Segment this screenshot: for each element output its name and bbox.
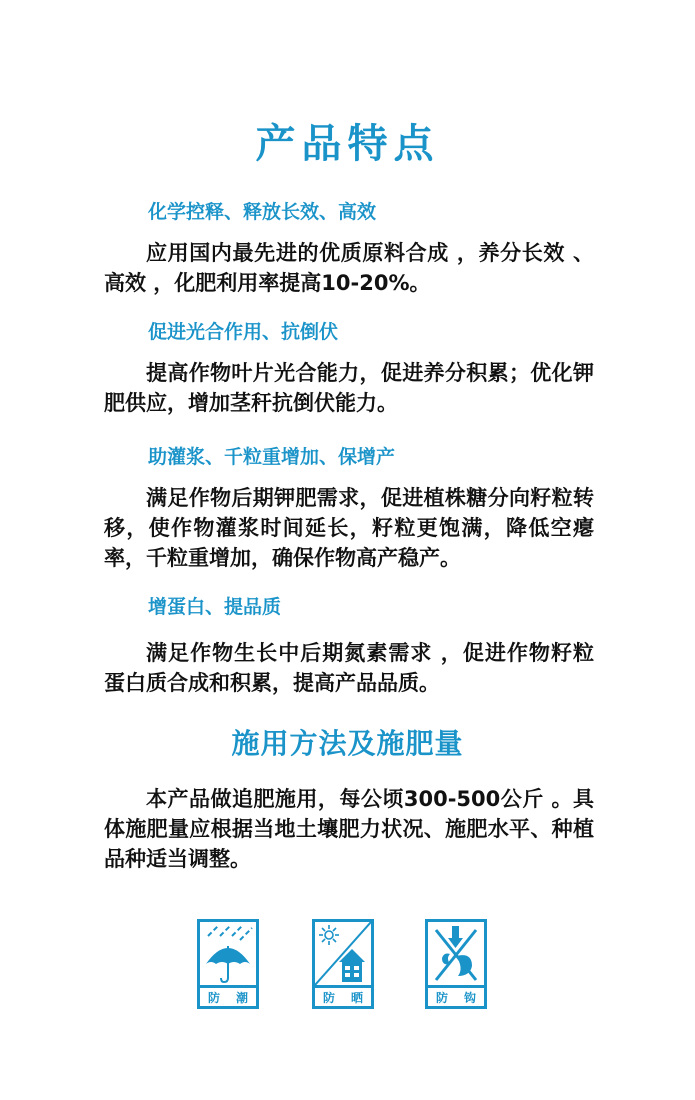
feature-body-3: 满足作物后期钾肥需求，促进植株糖分向籽粒转移，使作物灌浆时间延长，籽粒更饱满，降… bbox=[104, 483, 594, 573]
feature-heading-2: 促进光合作用、抗倒伏 bbox=[148, 317, 338, 344]
keep-dry-sign: 防 潮 bbox=[197, 919, 259, 1009]
usage-title: 施用方法及施肥量 bbox=[0, 722, 695, 762]
icon-label: 防 钩 bbox=[428, 985, 484, 1006]
usage-body: 本产品做追肥施用，每公顷300-500公斤 。具体施肥量应根据当地土壤肥力状况、… bbox=[104, 784, 594, 874]
feature-body-4: 满足作物生长中后期氮素需求 ，促进作物籽粒蛋白质合成和积累，提高产品品质。 bbox=[104, 638, 594, 698]
sun-house-icon bbox=[315, 922, 371, 985]
no-hook-icon bbox=[428, 922, 484, 985]
keep-from-sun-sign: 防 晒 bbox=[312, 919, 374, 1009]
feature-body-1: 应用国内最先进的优质原料合成 ，养分长效 、高效 ，化肥利用率提高10-20%。 bbox=[104, 238, 594, 298]
icon-label: 防 晒 bbox=[315, 985, 371, 1006]
feature-heading-4: 增蛋白、提品质 bbox=[148, 592, 281, 619]
feature-heading-1: 化学控释、释放长效、高效 bbox=[148, 197, 376, 224]
no-hooks-sign: 防 钩 bbox=[425, 919, 487, 1009]
icon-label: 防 潮 bbox=[200, 985, 256, 1006]
umbrella-icon bbox=[200, 922, 256, 985]
features-title: 产品特点 bbox=[0, 112, 695, 169]
feature-body-2: 提高作物叶片光合能力，促进养分积累；优化钾肥供应，增加茎秆抗倒伏能力。 bbox=[104, 358, 594, 418]
feature-heading-3: 助灌浆、千粒重增加、保增产 bbox=[148, 442, 395, 469]
